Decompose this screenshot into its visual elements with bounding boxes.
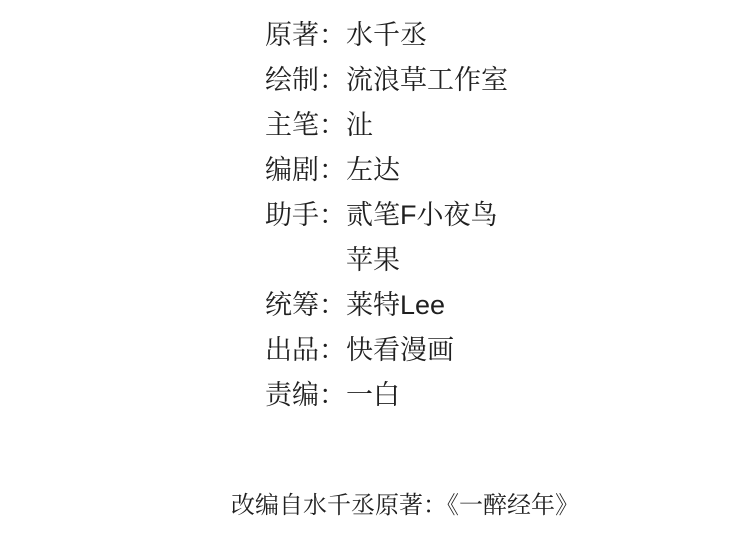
credit-role-label: 统筹： (265, 283, 346, 328)
credit-role-value: 水千丞 (346, 20, 427, 50)
credit-row-editor: 责编：一白 (265, 373, 508, 418)
credit-role-value: 流浪草工作室 (346, 65, 508, 95)
credit-role-label: 绘制： (265, 58, 346, 103)
credit-row-lead-artist: 主笔：沚 (265, 103, 508, 148)
credit-role-value: 莱特Lee (346, 290, 445, 320)
credits-list: 原著：水千丞 绘制：流浪草工作室 主笔：沚 编剧：左达 助手：贰笔F小夜鸟 苹果… (265, 13, 508, 418)
credit-role-value: 苹果 (346, 245, 400, 275)
credit-row-coordinator: 统筹：莱特Lee (265, 283, 508, 328)
credit-row-producer: 出品：快看漫画 (265, 328, 508, 373)
credit-role-value: 沚 (346, 110, 373, 140)
credit-role-value: 快看漫画 (346, 335, 454, 365)
credit-role-label: 编剧： (265, 148, 346, 193)
credit-role-label: 助手： (265, 193, 346, 238)
credits-page: 原著：水千丞 绘制：流浪草工作室 主笔：沚 编剧：左达 助手：贰笔F小夜鸟 苹果… (0, 0, 750, 537)
credit-row-art: 绘制：流浪草工作室 (265, 58, 508, 103)
credit-role-label: 责编： (265, 373, 346, 418)
credit-row-screenwriter: 编剧：左达 (265, 148, 508, 193)
credit-row-assistants: 助手：贰笔F小夜鸟 (265, 193, 508, 238)
credit-role-label: 出品： (265, 328, 346, 373)
adaptation-source-note: 改编自水千丞原著：《一醉经年》 (231, 490, 579, 522)
credit-row-original-author: 原著：水千丞 (265, 13, 508, 58)
credit-role-label: 主笔： (265, 103, 346, 148)
credit-role-value: 贰笔F小夜鸟 (346, 200, 498, 230)
credit-role-label: 原著： (265, 13, 346, 58)
credit-role-value: 一白 (346, 380, 400, 410)
credit-role-value: 左达 (346, 155, 400, 185)
credit-row-assistants-cont: 苹果 (265, 238, 508, 283)
